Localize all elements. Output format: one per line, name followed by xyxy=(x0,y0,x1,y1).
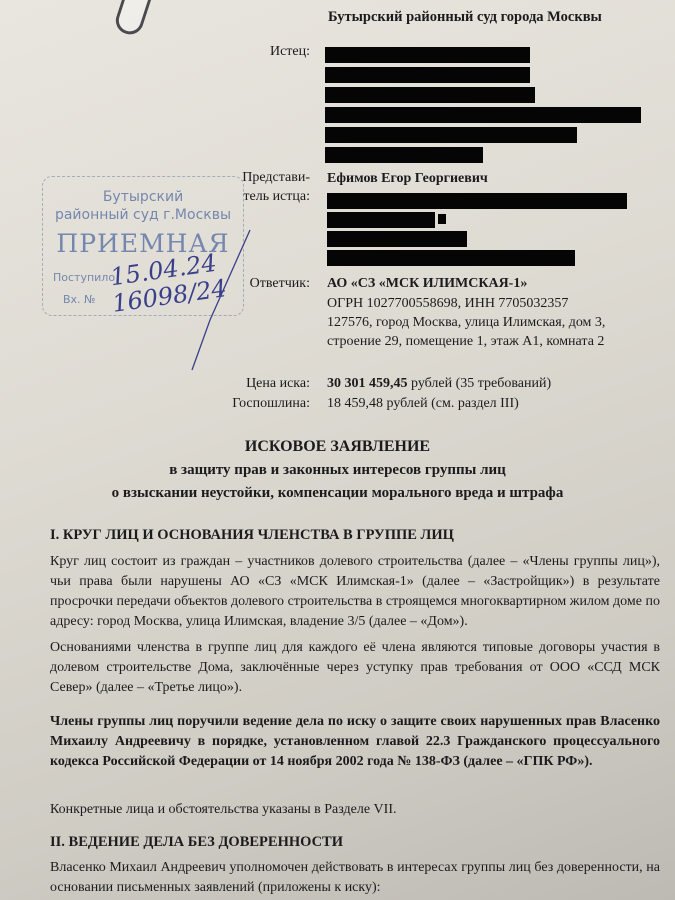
document-title: ИСКОВОЕ ЗАЯВЛЕНИЕ xyxy=(0,438,675,456)
fee-label: Госпошлина: xyxy=(230,396,310,412)
stamp-received-label: Поступило xyxy=(53,271,115,284)
redaction-bar xyxy=(325,67,530,83)
redaction-bar xyxy=(325,47,530,63)
section-1-paragraph-4: Конкретные лица и обстоятельства указаны… xyxy=(50,800,660,820)
fee-value: 18 459,48 рублей (см. раздел III) xyxy=(327,396,519,412)
price-label: Цена иска: xyxy=(230,376,310,392)
redaction-bar xyxy=(325,127,577,143)
section-2-heading: II. ВЕДЕНИЕ ДЕЛА БЕЗ ДОВЕРЕННОСТИ xyxy=(50,834,343,851)
plaintiff-label: Истец: xyxy=(230,44,310,60)
price-line: 30 301 459,45 рублей (35 требований) xyxy=(327,376,551,392)
price-suffix: рублей (35 требований) xyxy=(411,376,551,391)
defendant-ids: ОГРН 1027700558698, ИНН 7705032357 xyxy=(327,296,568,312)
stamp-line-2: районный суд г.Москвы xyxy=(43,207,243,223)
redaction-bar xyxy=(438,214,446,224)
section-1-paragraph-3: Члены группы лиц поручили ведение дела п… xyxy=(50,712,660,772)
redaction-bar xyxy=(327,212,435,228)
court-name: Бутырский районный суд города Москвы xyxy=(328,9,602,26)
section-2-paragraph-1: Власенко Михаил Андреевич уполномочен де… xyxy=(50,858,660,898)
section-1-paragraph-1: Круг лиц состоит из граждан – участников… xyxy=(50,552,660,632)
stamp-line-1: Бутырский xyxy=(43,189,243,205)
redaction-bar xyxy=(327,231,467,247)
redaction-bar xyxy=(327,193,627,209)
representative-name: Ефимов Егор Георгиевич xyxy=(327,171,488,187)
defendant-name: АО «СЗ «МСК ИЛИМСКАЯ-1» xyxy=(327,276,527,292)
paperclip-icon xyxy=(112,0,156,38)
stamp-incoming-label: Вх. № xyxy=(63,293,96,306)
document-subtitle-2: о взыскании неустойки, компенсации морал… xyxy=(0,485,675,502)
redaction-bar xyxy=(325,147,483,163)
defendant-address-1: 127576, город Москва, улица Илимская, до… xyxy=(327,315,605,331)
defendant-address-2: строение 29, помещение 1, этаж А1, комна… xyxy=(327,334,604,350)
redaction-bar xyxy=(325,107,641,123)
redaction-bar xyxy=(325,87,535,103)
price-value: 30 301 459,45 xyxy=(327,376,408,391)
redaction-bar xyxy=(327,250,575,266)
section-1-paragraph-2: Основаниями членства в группе лиц для ка… xyxy=(50,638,660,698)
section-1-heading: I. КРУГ ЛИЦ И ОСНОВАНИЯ ЧЛЕНСТВА В ГРУПП… xyxy=(50,527,454,544)
document-subtitle-1: в защиту прав и законных интересов групп… xyxy=(0,462,675,479)
signature-stroke-icon xyxy=(180,225,260,375)
